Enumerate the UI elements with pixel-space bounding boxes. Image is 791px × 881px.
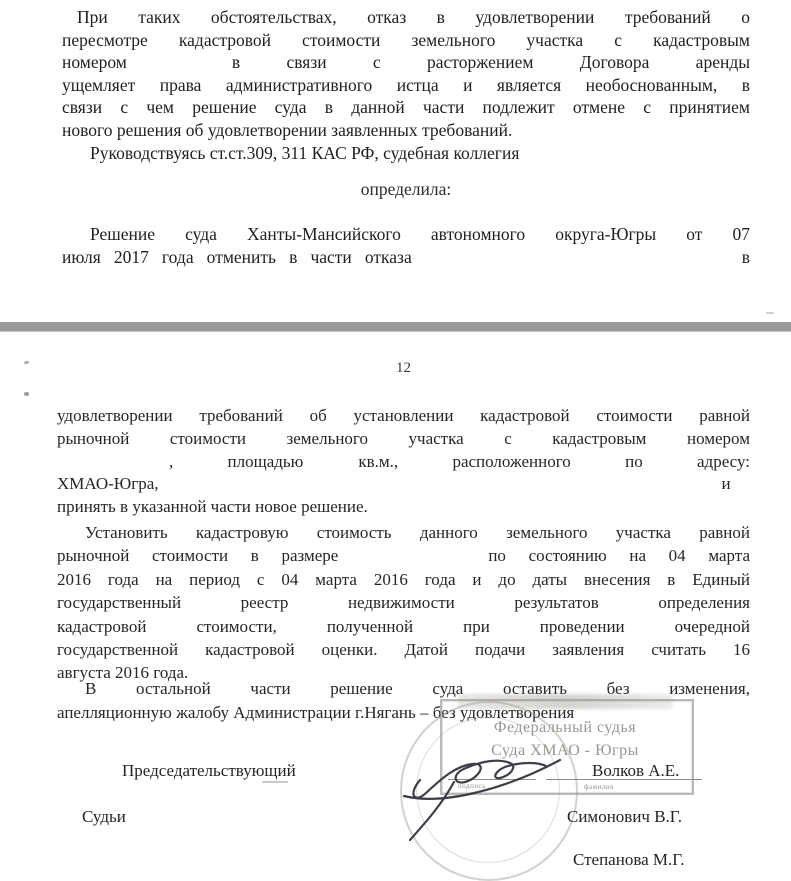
p2-paragraph-satisfaction: удовлетворении требований об установлени…: [57, 405, 750, 519]
judges-label: Судьи: [82, 807, 126, 827]
scan-speck: [262, 781, 288, 783]
p2-paragraph-establish-value: Установить кадастровую стоимость данного…: [57, 521, 750, 685]
scanned-court-document: При таких обстоятельствах, отказ в удовл…: [0, 0, 791, 881]
judge-simonovich-name: Симонович В.Г.: [567, 807, 682, 827]
page-number: 12: [57, 360, 750, 377]
scan-speck: [24, 392, 29, 396]
presiding-judge-name: Волков А.Е.: [592, 761, 679, 781]
handwritten-signature: [396, 730, 571, 848]
scan-speck: [766, 312, 774, 314]
page-break-bar: [0, 322, 791, 332]
surname-caption: фамилия: [584, 783, 614, 791]
judge-stepanova-name: Степанова М.Г.: [573, 850, 684, 870]
scan-speck: [24, 361, 30, 365]
ruling-word: определила:: [62, 179, 750, 200]
presiding-judge-label: Председательствующий: [122, 761, 296, 781]
p1-paragraph-decision: Решение суда Ханты-Мансийского автономно…: [62, 223, 750, 268]
p1-paragraph-circumstances: При таких обстоятельствах, отказ в удовл…: [62, 6, 750, 164]
